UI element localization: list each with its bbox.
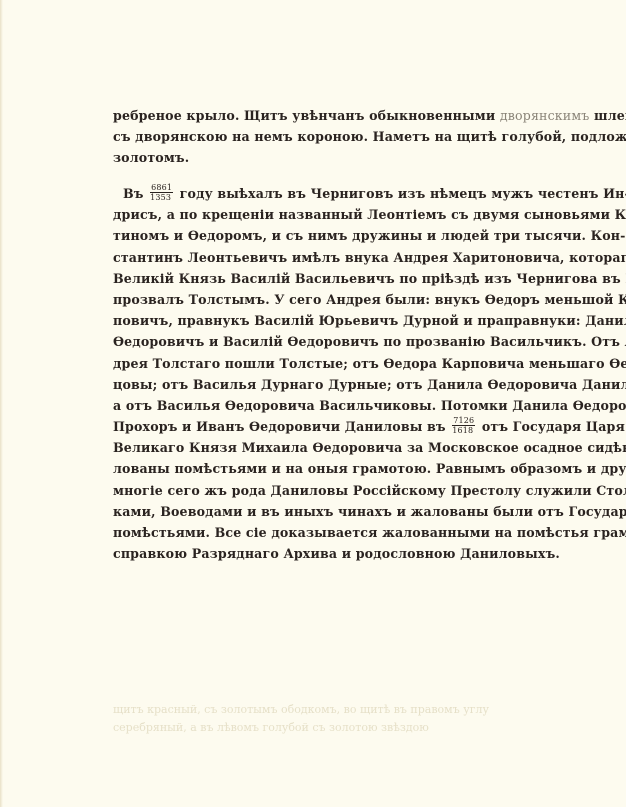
text-line: справкою Разряднаго Архива и родословною… [113,543,585,564]
year-fraction: 68611353 [150,183,173,202]
text-line: съ дворянскою на немъ короною. Наметъ на… [113,126,585,147]
text-line: многіе сего жъ рода Даниловы Россійскому… [113,480,585,501]
text-line: ками, Воеводами и въ иныхъ чинахъ и жало… [113,501,585,522]
text-line: тиномъ и Ѳедоромъ, и съ нимъ дружины и л… [113,225,585,246]
paragraph-family-history: Въ 68611353 году выѣхалъ въ Черниговъ из… [113,183,585,564]
text-line: Ѳедоровичъ и Василій Ѳедоровичъ по прозв… [113,331,585,352]
text-line: дрисъ, а по крещеніи названный Леонтіемъ… [113,204,585,225]
text-line: а отъ Василья Ѳедоровича Васильчиковы. П… [113,395,585,416]
text-line: Великій Князь Василій Васильевичъ по прі… [113,268,585,289]
paragraph-coat-of-arms-end: ребреное крыло. Щитъ увѣнчанъ обыкновенн… [113,105,585,169]
text-line: повичъ, правнукъ Василій Юрьевичъ Дурной… [113,310,585,331]
faded-word: дворянскимъ [500,108,590,123]
text-line: прозвалъ Толстымъ. У сего Андрея были: в… [113,289,585,310]
bleed-through-text: серебряный, а въ лѣвомъ голубой съ золот… [113,718,585,738]
year-fraction: 71261618 [452,416,475,435]
bleed-through-text: щитъ красный, съ золотымъ ободкомъ, во щ… [113,700,585,720]
text-line: дрея Толстаго пошли Толстые; отъ Ѳедора … [113,353,585,374]
text-line: цовы; отъ Василья Дурнаго Дурные; отъ Да… [113,374,585,395]
text-line: Въ 68611353 году выѣхалъ въ Черниговъ из… [113,183,585,204]
text-line: помѣстьями. Все сіе доказывается жалован… [113,522,585,543]
text-line: ребреное крыло. Щитъ увѣнчанъ обыкновенн… [113,105,585,126]
text-line: Великаго Князя Михаила Ѳедоровича за Мос… [113,437,585,458]
page-edge-shadow [0,0,3,807]
text-line: Прохоръ и Иванъ Ѳедоровичи Даниловы въ 7… [113,416,585,437]
text-line: стантинъ Леонтьевичъ имѣлъ внука Андрея … [113,247,585,268]
scanned-book-page: ребреное крыло. Щитъ увѣнчанъ обыкновенн… [0,0,626,807]
text-line: лованы помѣстьями и на оныя грамотою. Ра… [113,458,585,479]
text-line: золотомъ. [113,147,585,168]
